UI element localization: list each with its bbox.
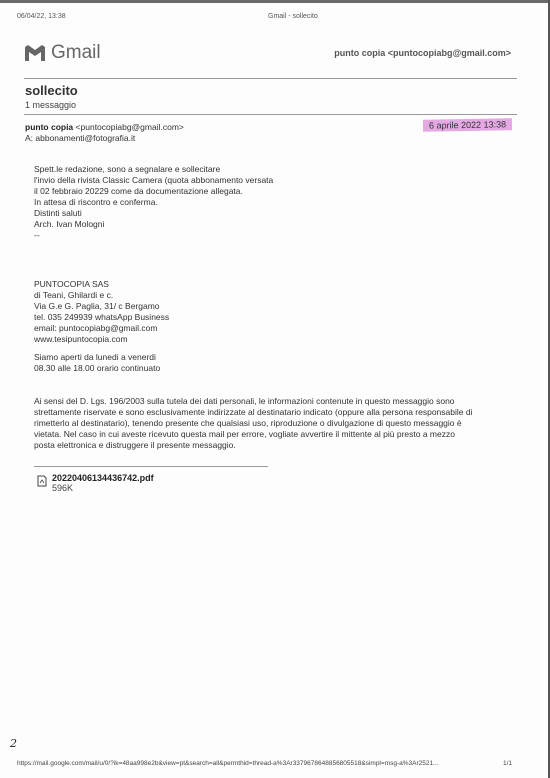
thread-subject: sollecito bbox=[25, 83, 78, 98]
scan-edge bbox=[0, 0, 550, 3]
privacy-disclaimer: Ai sensi del D. Lgs. 196/2003 sulla tute… bbox=[34, 396, 534, 451]
message-date: 6 aprile 2022 13:38 bbox=[423, 118, 512, 132]
pdf-file-icon bbox=[36, 475, 48, 487]
print-page-number: 1/1 bbox=[503, 760, 512, 767]
message-body: Spett.le redazione, sono a segnalare e s… bbox=[34, 164, 273, 241]
gmail-logo-icon bbox=[24, 44, 46, 62]
sender-email: <puntocopiabg@gmail.com> bbox=[76, 122, 184, 132]
attachment-filename[interactable]: 20220406134436742.pdf bbox=[52, 473, 154, 483]
opening-hours: Siamo aperti da lunedi a venerdi 08.30 a… bbox=[34, 352, 160, 374]
recipient: A: abbonamenti@fotografia.it bbox=[25, 133, 135, 143]
print-page-title: Gmail - sollecito bbox=[268, 13, 318, 20]
divider bbox=[24, 78, 517, 79]
attachment-size: 596K bbox=[52, 483, 154, 493]
print-datetime: 06/04/22, 13:38 bbox=[17, 13, 66, 20]
sender: punto copia <puntocopiabg@gmail.com> bbox=[25, 122, 184, 132]
message-count: 1 messaggio bbox=[25, 100, 76, 110]
sender-name: punto copia bbox=[25, 122, 73, 132]
gmail-logo: Gmail bbox=[24, 42, 101, 64]
divider bbox=[24, 114, 517, 115]
account-email: punto copia <puntocopiabg@gmail.com> bbox=[334, 48, 511, 58]
attachment-divider bbox=[34, 466, 268, 467]
attachment[interactable]: 20220406134436742.pdf 596K bbox=[36, 473, 154, 493]
handwritten-page-mark: 2 bbox=[10, 737, 17, 750]
print-footer-url: https://mail.google.com/mail/u/0/?ik=48a… bbox=[17, 760, 439, 767]
signature: PUNTOCOPIA SAS di Teani, Ghilardi e c. V… bbox=[34, 279, 169, 345]
gmail-logo-text: Gmail bbox=[51, 42, 101, 64]
